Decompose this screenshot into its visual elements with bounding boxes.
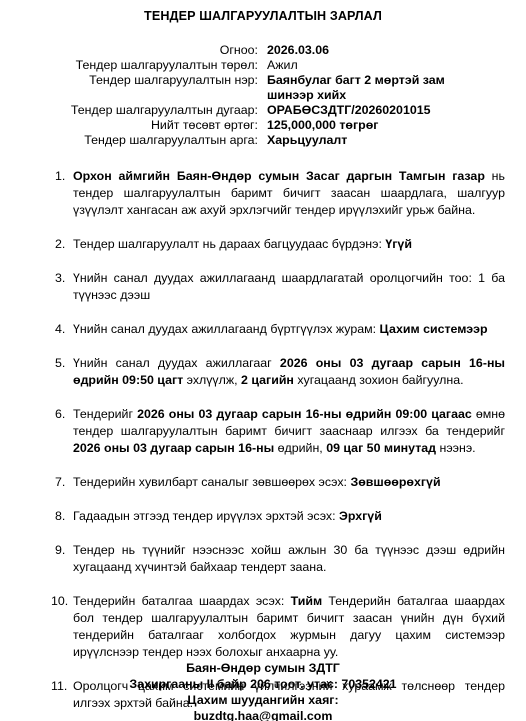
list-item: 6.Тендерийг 2026 оны 03 дугаар сарын 16-… — [0, 406, 505, 457]
item-text-bold: 09 цаг 50 минутад — [326, 441, 436, 455]
item-text: Гадаадын этгээд тендер ирүүлэх эрхтэй эс… — [73, 509, 339, 523]
list-item: 10.Тендерийн баталгаа шаардах эсэх: Тийм… — [0, 593, 505, 661]
org-address: Захиргааны II байр 206 тоот, утас: 70352… — [0, 676, 526, 692]
item-text: Тендерийг — [73, 407, 137, 421]
info-label: Тендер шалгаруулалтын дугаар: — [0, 103, 258, 118]
item-text-bold: Тийм — [291, 594, 323, 608]
item-number: 7. — [55, 474, 65, 491]
item-text-bold: Эрхгүй — [339, 509, 382, 523]
item-text: Тендерийн баталгаа шаардах эсэх: — [73, 594, 291, 608]
info-row-type: Тендер шалгаруулалтын төрөл: Ажил — [0, 58, 526, 73]
info-row-number: Тендер шалгаруулалтын дугаар: ОРАБӨСЗДТГ… — [0, 103, 526, 118]
item-text-bold: Цахим системээр — [380, 322, 488, 336]
info-label: Огноо: — [0, 43, 258, 58]
info-label: Тендер шалгаруулалтын нэр: — [0, 73, 258, 103]
item-text: нээнэ. — [436, 441, 476, 455]
org-name: Баян-Өндөр сумын ЗДТГ — [0, 660, 526, 676]
info-row-budget: Нийт төсөвт өртөг: 125,000,000 төгрөг — [0, 118, 526, 133]
list-item: 1.Орхон аймгийн Баян-Өндөр сумын Засаг д… — [0, 168, 505, 219]
email-label: Цахим шуудангийн хаяг: — [0, 692, 526, 708]
info-value: Ажил — [267, 58, 467, 73]
item-number: 9. — [55, 542, 65, 559]
list-item: 5.Үнийн санал дуудах ажиллагааг 2026 оны… — [0, 355, 505, 389]
item-number: 6. — [55, 406, 65, 423]
item-text: Тендерийн хувилбарт саналыг зөвшөөрөх эс… — [73, 475, 350, 489]
item-number: 5. — [55, 355, 65, 372]
item-text-bold: Зөвшөөрөхгүй — [350, 475, 440, 489]
list-item: 4.Үнийн санал дуудах ажиллагаанд бүртгүү… — [0, 321, 505, 338]
item-text: Тендер нь түүнийг нээснээс хойш ажлын 30… — [73, 543, 505, 574]
list-item: 3.Үнийн санал дуудах ажиллагаанд шаардла… — [0, 270, 505, 304]
announcement-list: 1.Орхон аймгийн Баян-Өндөр сумын Засаг д… — [0, 168, 526, 721]
item-number: 3. — [55, 270, 65, 287]
item-text: Үнийн санал дуудах ажиллагааг — [73, 356, 280, 370]
item-text-bold: 2026 оны 03 дугаар сарын 16-ны өдрийн 09… — [137, 407, 472, 421]
item-text: Үнийн санал дуудах ажиллагаанд шаардлага… — [73, 271, 505, 302]
item-text-bold: 2026 оны 03 дугаар сарын 16-ны — [73, 441, 274, 455]
info-value: 2026.03.06 — [267, 43, 467, 58]
email-address: buzdtg.haa@gmail.com — [0, 708, 526, 721]
item-number: 2. — [55, 236, 65, 253]
list-item: 2.Тендер шалгаруулалт нь дараах багцууда… — [0, 236, 505, 253]
item-text: Үнийн санал дуудах ажиллагаанд бүртгүүлэ… — [73, 322, 380, 336]
item-text-bold: 2 цагийн — [241, 373, 294, 387]
item-number: 10. — [51, 593, 68, 610]
info-row-method: Тендер шалгаруулалтын арга: Харьцуулалт — [0, 133, 526, 148]
info-value: Баянбулаг багт 2 мөртэй зам шинээр хийх — [267, 73, 467, 103]
page-title: ТЕНДЕР ШАЛГАРУУЛАЛТЫН ЗАРЛАЛ — [0, 9, 526, 23]
item-text-bold: Үгүй — [385, 237, 412, 251]
info-value: 125,000,000 төгрөг — [267, 118, 467, 133]
item-text: хугацаанд зохион байгуулна. — [294, 373, 464, 387]
tender-info-table: Огноо: 2026.03.06 Тендер шалгаруулалтын … — [0, 43, 526, 148]
info-value: Харьцуулалт — [267, 133, 467, 148]
item-text-bold: Орхон аймгийн Баян-Өндөр сумын Засаг дар… — [73, 169, 485, 183]
item-text: Тендер шалгаруулалт нь дараах багцуудаас… — [73, 237, 385, 251]
item-text: эхлүүлж, — [183, 373, 241, 387]
list-item: 8.Гадаадын этгээд тендер ирүүлэх эрхтэй … — [0, 508, 505, 525]
list-item: 9.Тендер нь түүнийг нээснээс хойш ажлын … — [0, 542, 505, 576]
contact-footer: Баян-Өндөр сумын ЗДТГ Захиргааны II байр… — [0, 660, 526, 721]
info-label: Нийт төсөвт өртөг: — [0, 118, 258, 133]
item-number: 4. — [55, 321, 65, 338]
item-text: өдрийн, — [274, 441, 326, 455]
info-row-name: Тендер шалгаруулалтын нэр: Баянбулаг баг… — [0, 73, 526, 103]
item-number: 8. — [55, 508, 65, 525]
info-value: ОРАБӨСЗДТГ/20260201015 — [267, 103, 467, 118]
list-item: 7.Тендерийн хувилбарт саналыг зөвшөөрөх … — [0, 474, 505, 491]
info-label: Тендер шалгаруулалтын арга: — [0, 133, 258, 148]
info-row-date: Огноо: 2026.03.06 — [0, 43, 526, 58]
item-number: 1. — [55, 168, 65, 185]
info-label: Тендер шалгаруулалтын төрөл: — [0, 58, 258, 73]
